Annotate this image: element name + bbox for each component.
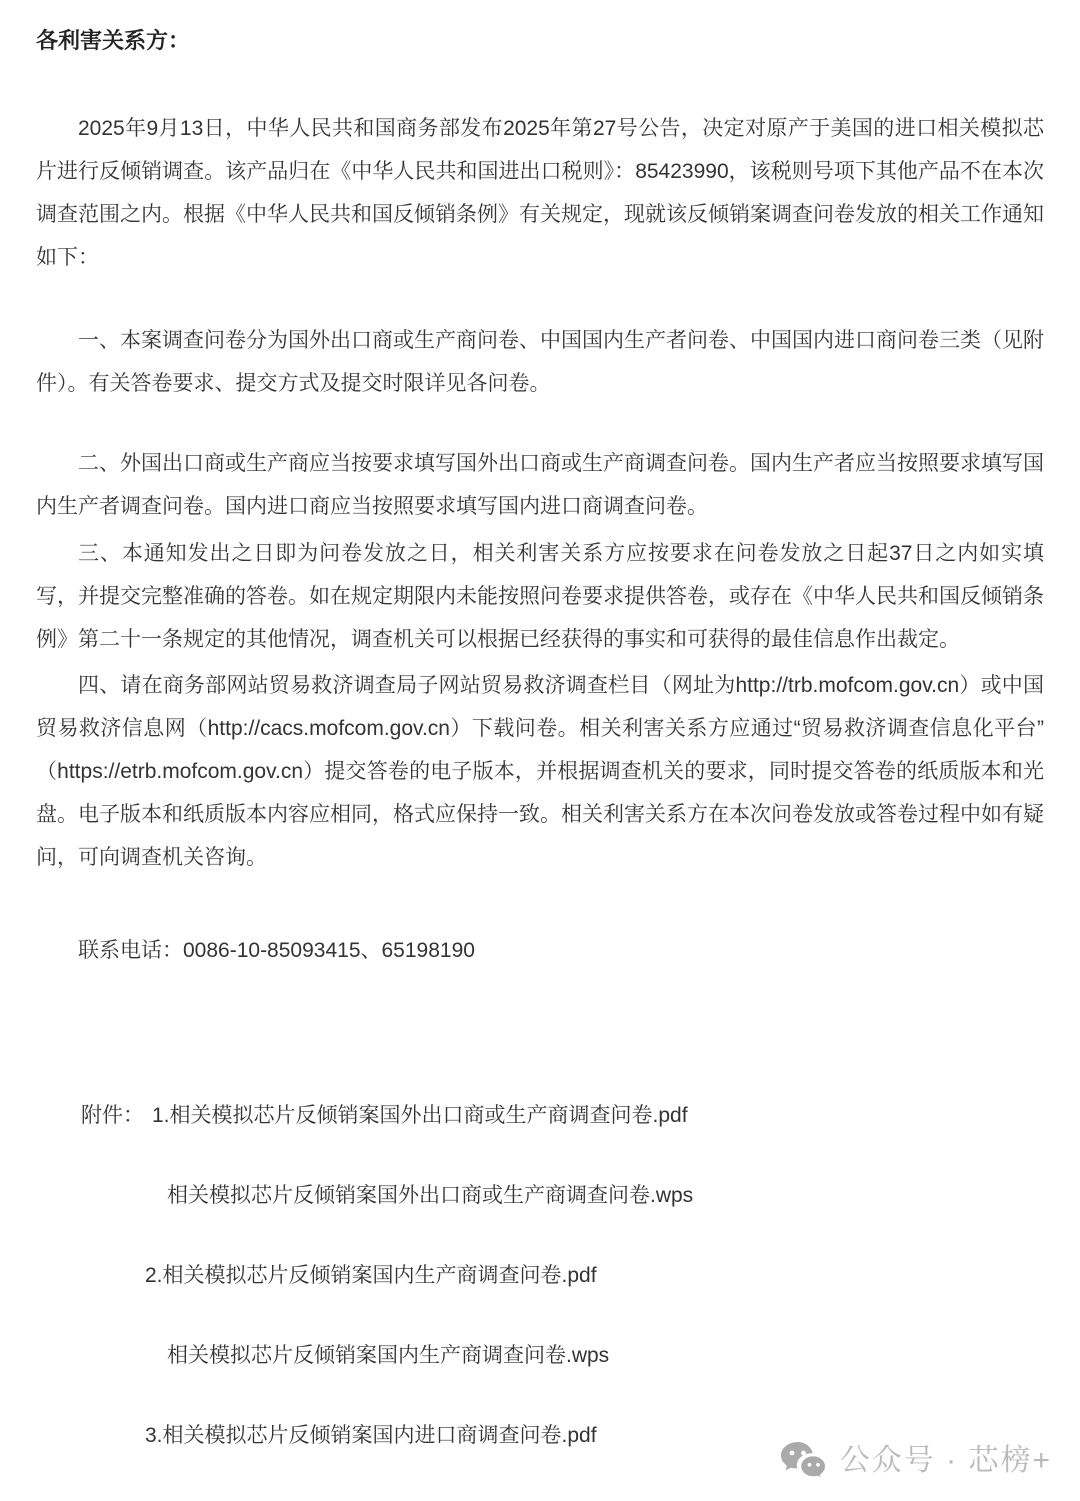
- attachment-file-1-wps: 相关模拟芯片反倾销案国外出口商或生产商调查问卷.wps: [36, 1174, 1044, 1217]
- wechat-icon: [780, 1440, 828, 1482]
- watermark-text: 公众号 · 芯榜+: [840, 1438, 1052, 1484]
- paragraph-intro: 2025年9月13日，中华人民共和国商务部发布2025年第27号公告，决定对原产…: [36, 107, 1044, 279]
- attachment-file-2-wps: 相关模拟芯片反倾销案国内生产商调查问卷.wps: [36, 1334, 1044, 1377]
- paragraph-item-4: 四、请在商务部网站贸易救济调查局子网站贸易救济调查栏目（网址为http://tr…: [36, 664, 1044, 879]
- paragraph-item-1: 一、本案调查问卷分为国外出口商或生产商问卷、中国国内生产者问卷、中国国内进口商问…: [36, 319, 1044, 405]
- attachment-file-1-pdf: 1.相关模拟芯片反倾销案国外出口商或生产商调查问卷.pdf: [152, 1104, 688, 1127]
- contact-phone: 联系电话：0086-10-85093415、65198190: [36, 929, 1044, 972]
- wechat-account-watermark: 公众号 · 芯榜+: [780, 1438, 1052, 1484]
- notice-document: 各利害关系方： 2025年9月13日，中华人民共和国商务部发布2025年第27号…: [0, 0, 1080, 1457]
- attachment-file-2-pdf: 2.相关模拟芯片反倾销案国内生产商调查问卷.pdf: [36, 1254, 1044, 1297]
- paragraph-item-3: 三、本通知发出之日即为问卷发放之日，相关利害关系方应按要求在问卷发放之日起37日…: [36, 532, 1044, 661]
- salutation-heading: 各利害关系方：: [36, 25, 1044, 57]
- attachment-label: 附件：: [81, 1104, 152, 1127]
- attachment-list: 附件：1.相关模拟芯片反倾销案国外出口商或生产商调查问卷.pdf 相关模拟芯片反…: [36, 1094, 1044, 1457]
- paragraph-item-2: 二、外国出口商或生产商应当按要求填写国外出口商或生产商调查问卷。国内生产者应当按…: [36, 442, 1044, 528]
- attachment-row-1: 附件：1.相关模拟芯片反倾销案国外出口商或生产商调查问卷.pdf: [36, 1094, 1044, 1137]
